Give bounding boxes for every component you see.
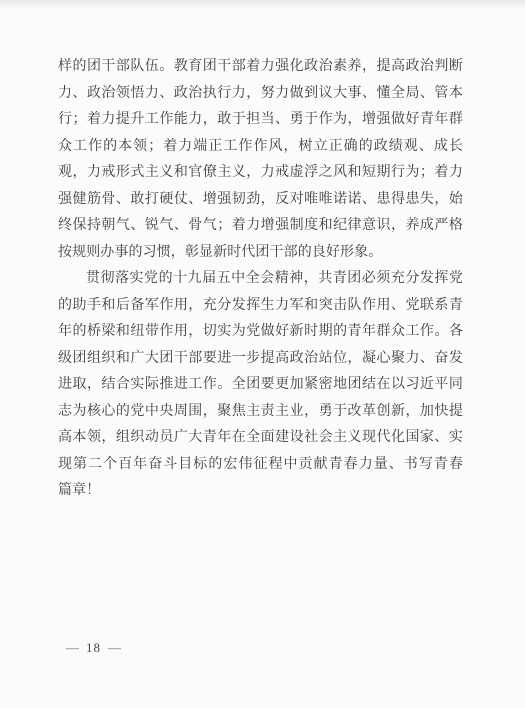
text-line: 高本领，组织动员广大青年在全面建设社会主义现代化国家、实 bbox=[58, 425, 463, 452]
text-line: 强健筋骨、敢打硬仗、增强韧劲，反对唯唯诺诺、患得患失，始 bbox=[58, 187, 463, 214]
text-line: 篇章！ bbox=[58, 478, 463, 505]
footer-dash-right: — bbox=[108, 640, 121, 656]
text-line: 按规则办事的习惯，彰显新时代团干部的良好形象。 bbox=[58, 240, 463, 267]
text-line: 级团组织和广大团干部要进一步提高政治站位，凝心聚力、奋发 bbox=[58, 346, 463, 373]
footer-dash-left: — bbox=[66, 640, 79, 656]
page-number-value: 18 bbox=[86, 640, 101, 656]
text-line: 行；着力提升工作能力，敢于担当、勇于作为，增强做好青年群 bbox=[58, 107, 463, 134]
text-line: 众工作的本领；着力端正工作作风，树立正确的政绩观、成长 bbox=[58, 134, 463, 161]
text-line: 年的桥梁和纽带作用，切实为党做好新时期的青年群众工作。各 bbox=[58, 319, 463, 346]
paragraph: 贯彻落实党的十九届五中全会精神，共青团必须充分发挥党 的助手和后备军作用，充分发… bbox=[58, 266, 463, 505]
text-line: 终保持朝气、锐气、骨气；着力增强制度和纪律意识，养成严格 bbox=[58, 213, 463, 240]
paragraph: 样的团干部队伍。教育团干部着力强化政治素养，提高政治判断 力、政治领悟力、政治执… bbox=[58, 54, 463, 266]
text-line: 贯彻落实党的十九届五中全会精神，共青团必须充分发挥党 bbox=[58, 266, 463, 293]
text-line: 进取，结合实际推进工作。全团要更加紧密地团结在以习近平同 bbox=[58, 372, 463, 399]
document-body: 样的团干部队伍。教育团干部着力强化政治素养，提高政治判断 力、政治领悟力、政治执… bbox=[58, 54, 463, 505]
text-line: 的助手和后备军作用，充分发挥生力军和突击队作用、党联系青 bbox=[58, 293, 463, 320]
document-page: 样的团干部队伍。教育团干部着力强化政治素养，提高政治判断 力、政治领悟力、政治执… bbox=[0, 0, 525, 708]
text-line: 现第二个百年奋斗目标的宏伟征程中贡献青春力量、书写青春 bbox=[58, 452, 463, 479]
text-line: 观，力戒形式主义和官僚主义，力戒虚浮之风和短期行为；着力 bbox=[58, 160, 463, 187]
text-line: 力、政治领悟力、政治执行力，努力做到议大事、懂全局、管本 bbox=[58, 81, 463, 108]
text-line: 志为核心的党中央周围，聚焦主责主业，勇于改革创新，加快提 bbox=[58, 399, 463, 426]
text-line: 样的团干部队伍。教育团干部着力强化政治素养，提高政治判断 bbox=[58, 54, 463, 81]
scan-edge-shadow bbox=[0, 0, 525, 10]
page-number: — 18 — bbox=[66, 640, 121, 656]
